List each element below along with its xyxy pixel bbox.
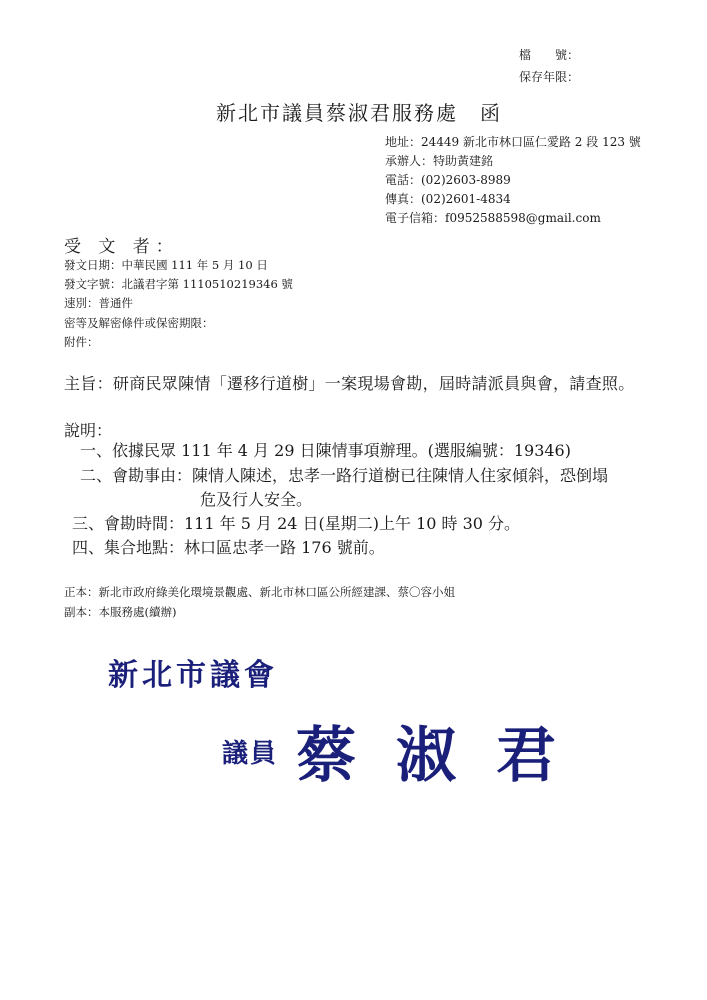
explanation-item: 四、集合地點：林口區忠孝一路 176 號前。 (72, 536, 385, 560)
address: 地址：24449 新北市林口區仁愛路 2 段 123 號 (385, 133, 641, 152)
file-number-label: 檔 號： (519, 44, 579, 66)
fax: 傳真：(02)2601-4834 (385, 190, 641, 209)
seal-organization: 新北市議會 (108, 650, 278, 694)
issue-date: 發文日期：中華民國 111 年 5 月 10 日 (64, 256, 293, 275)
phone: 電話：(02)2603-8989 (385, 171, 641, 190)
seal-title: 議員 (222, 733, 278, 770)
handler: 承辦人：特助黃建銘 (385, 152, 641, 171)
email: 電子信箱：f0952588598@gmail.com (385, 209, 641, 228)
seal-name: 蔡淑君 (296, 708, 596, 794)
speed: 速別：普通件 (64, 294, 293, 313)
document-title: 新北市議員蔡淑君服務處 函 (216, 97, 502, 126)
contact-block: 地址：24449 新北市林口區仁愛路 2 段 123 號 承辦人：特助黃建銘 電… (385, 133, 641, 228)
attachment: 附件： (64, 333, 293, 352)
recipient-label: 受 文 者： (64, 232, 179, 257)
explanation-heading: 說明： (64, 418, 112, 441)
file-meta: 檔 號： 保存年限： (519, 44, 579, 88)
original-recipients: 正本：新北市政府綠美化環境景觀處、新北市林口區公所經建課、蔡〇容小姐 (64, 582, 455, 602)
meta-block: 發文日期：中華民國 111 年 5 月 10 日 發文字號：北議君字第 1110… (64, 256, 293, 352)
retention-label: 保存年限： (519, 66, 579, 88)
explanation-item: 二、會勘事由：陳情人陳述，忠孝一路行道樹已往陳情人住家傾斜，恐倒塌 (80, 464, 608, 488)
distribution-block: 正本：新北市政府綠美化環境景觀處、新北市林口區公所經建課、蔡〇容小姐 副本：本服… (64, 582, 455, 622)
copy-recipients: 副本：本服務處(續辦) (64, 602, 455, 622)
security-level: 密等及解密條件或保密期限： (64, 314, 293, 333)
subject: 主旨：研商民眾陳情「遷移行道樹」一案現場會勘，屆時請派員與會，請查照。 (64, 371, 635, 394)
explanation-item: 三、會勘時間：111 年 5 月 24 日(星期二)上午 10 時 30 分。 (72, 512, 520, 536)
explanation-item: 一、依據民眾 111 年 4 月 29 日陳情事項辦理。(選服編號：19346) (80, 439, 571, 463)
explanation-item-continuation: 危及行人安全。 (200, 488, 312, 512)
doc-number: 發文字號：北議君字第 1110510219346 號 (64, 275, 293, 294)
